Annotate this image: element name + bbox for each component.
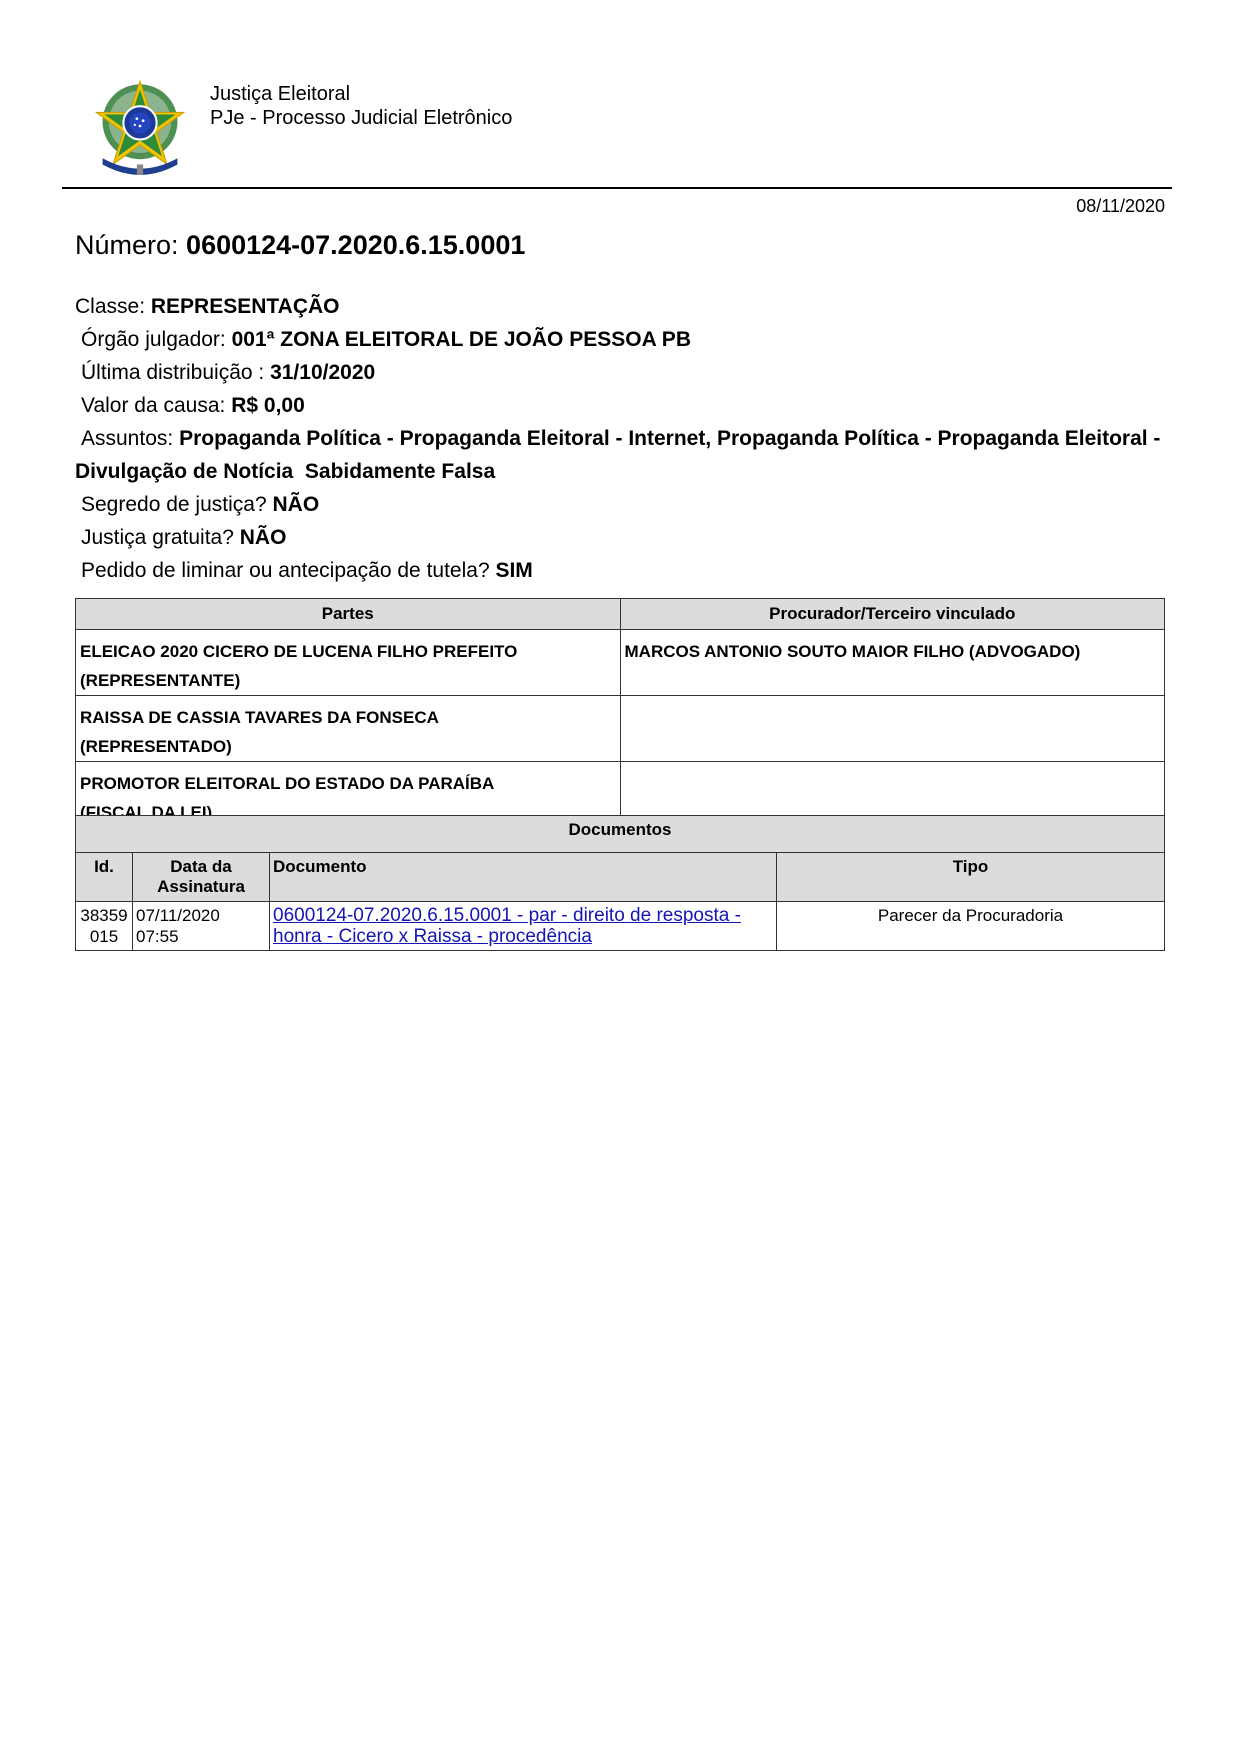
org-line-1: Justiça Eleitoral [210, 82, 512, 106]
partes-table: Partes Procurador/Terceiro vinculado ELE… [75, 598, 1165, 828]
document-date: 07/11/2020 07:55 [133, 902, 270, 951]
parte-role: (REPRESENTANTE) [80, 666, 616, 695]
parte-cell: ELEICAO 2020 CICERO DE LUCENA FILHO PREF… [76, 630, 621, 696]
document-id: 38359015 [76, 902, 133, 951]
field-assuntos: Assuntos: Propaganda Política - Propagan… [75, 422, 1165, 488]
table-row: ELEICAO 2020 CICERO DE LUCENA FILHO PREF… [76, 630, 1165, 696]
field-valor-causa: Valor da causa: R$ 0,00 [75, 389, 1165, 422]
column-header-tipo: Tipo [777, 853, 1165, 902]
organization-name: Justiça Eleitoral PJe - Processo Judicia… [210, 82, 512, 130]
parte-name: PROMOTOR ELEITORAL DO ESTADO DA PARAÍBA [80, 769, 616, 798]
parte-role: (REPRESENTADO) [80, 732, 616, 761]
table-row: RAISSA DE CASSIA TAVARES DA FONSECA(REPR… [76, 696, 1165, 762]
process-number-value: 0600124-07.2020.6.15.0001 [186, 230, 525, 260]
column-header-id: Id. [76, 853, 133, 902]
process-details: Classe: REPRESENTAÇÃO Órgão julgador: 00… [75, 290, 1165, 587]
field-value: R$ 0,00 [231, 394, 305, 417]
brasao-republica-icon [88, 74, 192, 180]
procurador-cell [620, 696, 1165, 762]
table-header-row: Partes Procurador/Terceiro vinculado [76, 599, 1165, 630]
column-header-data: Data da Assinatura [133, 853, 270, 902]
field-segredo-justica: Segredo de justiça? NÃO [75, 488, 1165, 521]
document-cell: 0600124-07.2020.6.15.0001 - par - direit… [270, 902, 777, 951]
process-number-label: Número: [75, 230, 179, 260]
document-link[interactable]: 0600124-07.2020.6.15.0001 - par - direit… [273, 905, 741, 947]
column-header-partes: Partes [76, 599, 621, 630]
field-value: Propaganda Política - Propaganda Eleitor… [75, 427, 1166, 483]
field-orgao-julgador: Órgão julgador: 001ª ZONA ELEITORAL DE J… [75, 323, 1165, 356]
print-date: 08/11/2020 [1076, 196, 1165, 217]
field-label: Classe: [75, 295, 145, 318]
table-row: 38359015 07/11/2020 07:55 0600124-07.202… [76, 902, 1165, 951]
field-value: NÃO [272, 493, 319, 516]
field-label: Valor da causa: [81, 394, 225, 417]
field-label: Assuntos: [75, 427, 173, 450]
process-number: Número: 0600124-07.2020.6.15.0001 [75, 230, 525, 261]
document-type: Parecer da Procuradoria [777, 902, 1165, 951]
column-header-documento: Documento [270, 853, 777, 902]
field-value: 31/10/2020 [270, 361, 375, 384]
procurador-cell: MARCOS ANTONIO SOUTO MAIOR FILHO (ADVOGA… [620, 630, 1165, 696]
field-value: REPRESENTAÇÃO [151, 295, 340, 318]
parte-name: RAISSA DE CASSIA TAVARES DA FONSECA [80, 703, 616, 732]
documentos-table: Documentos Id. Data da Assinatura Docume… [75, 815, 1165, 951]
documentos-caption: Documentos [76, 816, 1165, 853]
field-label: Órgão julgador: [81, 328, 226, 351]
field-value: NÃO [240, 526, 287, 549]
field-value: 001ª ZONA ELEITORAL DE JOÃO PESSOA PB [232, 328, 691, 351]
field-label: Justiça gratuita? [81, 526, 234, 549]
parte-name: ELEICAO 2020 CICERO DE LUCENA FILHO PREF… [80, 637, 616, 666]
field-label: Pedido de liminar ou antecipação de tute… [81, 559, 490, 582]
table-caption-row: Documentos [76, 816, 1165, 853]
field-justica-gratuita: Justiça gratuita? NÃO [75, 521, 1165, 554]
field-label: Segredo de justiça? [81, 493, 267, 516]
column-header-procurador: Procurador/Terceiro vinculado [620, 599, 1165, 630]
parte-cell: RAISSA DE CASSIA TAVARES DA FONSECA(REPR… [76, 696, 621, 762]
field-label: Última distribuição : [81, 361, 264, 384]
field-classe: Classe: REPRESENTAÇÃO [75, 290, 1165, 323]
document-header: Justiça Eleitoral PJe - Processo Judicia… [62, 70, 1170, 188]
header-divider [62, 187, 1172, 189]
table-header-row: Id. Data da Assinatura Documento Tipo [76, 853, 1165, 902]
field-value: SIM [495, 559, 532, 582]
field-ultima-distribuicao: Última distribuição : 31/10/2020 [75, 356, 1165, 389]
field-pedido-liminar: Pedido de liminar ou antecipação de tute… [75, 554, 1165, 587]
org-line-2: PJe - Processo Judicial Eletrônico [210, 106, 512, 130]
